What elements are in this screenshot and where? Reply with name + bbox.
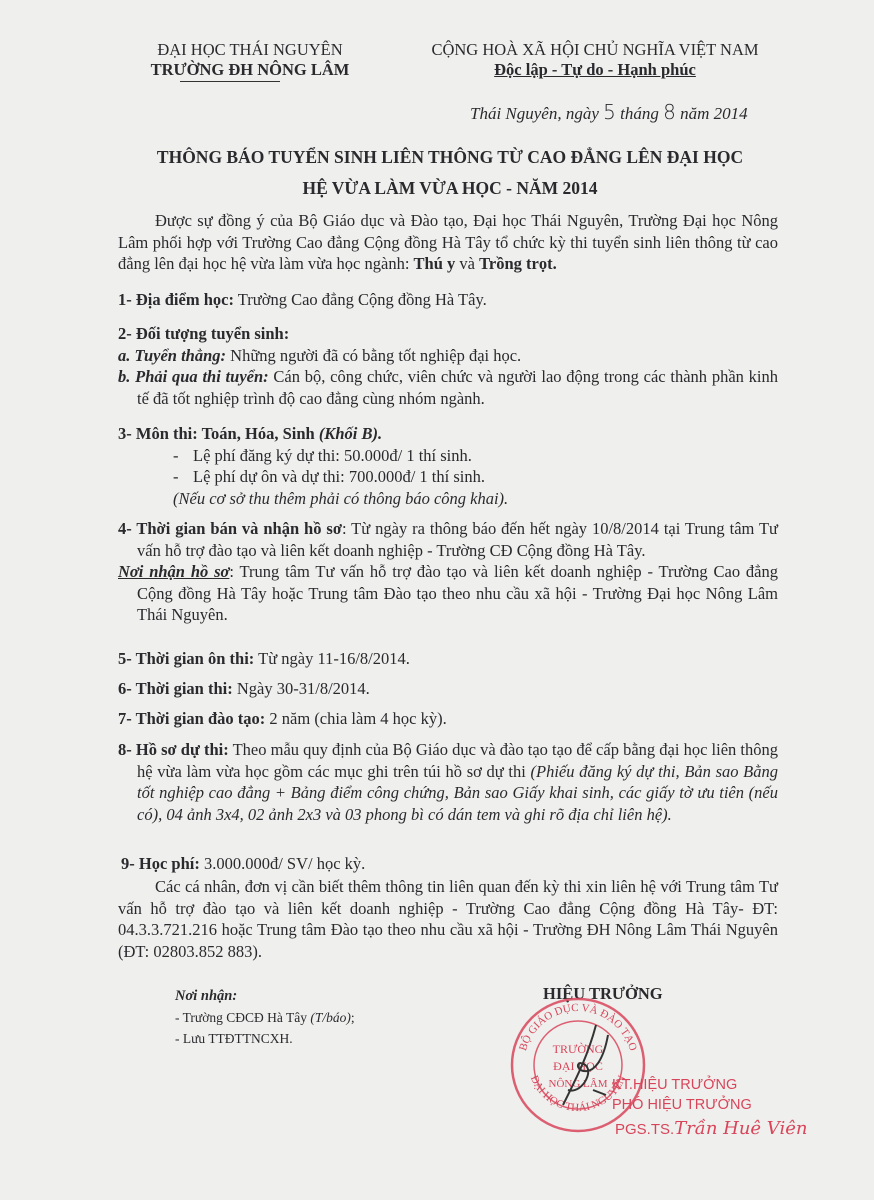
recipients-heading: Nơi nhận: — [175, 986, 355, 1007]
section-review-period: 5- Thời gian ôn thi: Từ ngày 11-16/8/201… — [118, 648, 778, 670]
document-title: THÔNG BÁO TUYỂN SINH LIÊN THÔNG TỪ CAO Đ… — [60, 147, 840, 168]
contact-paragraph: Các cá nhân, đơn vị cần biết thêm thông … — [118, 876, 778, 962]
section-tuition: 9- Học phí: 3.000.000đ/ SV/ học kỳ. — [118, 853, 778, 875]
signatory-name: PGS.TS.Trần Huê Viên — [615, 1118, 808, 1139]
section-dossier: 8- Hồ sơ dự thi: Theo mẫu quy định của B… — [118, 739, 778, 825]
issuer-underline — [180, 81, 280, 82]
section-application-period: 4- Thời gian bán và nhận hồ sơ: Từ ngày … — [118, 518, 778, 626]
section-training-duration: 7- Thời gian đào tạo: 2 năm (chia làm 4 … — [118, 708, 778, 730]
official-stamp-icon: BỘ GIÁO DỤC VÀ ĐÀO TẠO ĐẠI HỌC THÁI NGUY… — [508, 995, 648, 1135]
fee-item: -Lệ phí dự ôn và dự thi: 700.000đ/ 1 thí… — [118, 466, 778, 488]
issuer-parent: ĐẠI HỌC THÁI NGUYÊN — [100, 40, 400, 60]
section-eligibility: 2- Đối tượng tuyển sinh: a. Tuyển thẳng:… — [118, 323, 778, 409]
intro-paragraph: Được sự đồng ý của Bộ Giáo dục và Đào tạ… — [118, 210, 778, 275]
date-year: 2014 — [714, 104, 748, 123]
issuer-block: ĐẠI HỌC THÁI NGUYÊN TRƯỜNG ĐH NÔNG LÂM — [100, 40, 400, 80]
national-motto: Độc lập - Tự do - Hạnh phúc — [400, 60, 790, 80]
document-subtitle: HỆ VỪA LÀM VỪA HỌC - NĂM 2014 — [60, 178, 840, 199]
section-exam-subjects: 3- Môn thi: Toán, Hóa, Sinh (Khối B). -L… — [118, 423, 778, 509]
signatory-position: PHÓ HIỆU TRƯỞNG — [612, 1097, 752, 1113]
date-day: 5 — [603, 100, 616, 124]
fee-item: -Lệ phí đăng ký dự thi: 50.000đ/ 1 thí s… — [118, 445, 778, 467]
date-line: Thái Nguyên, ngày 5 tháng 8 năm 2014 — [470, 100, 748, 124]
recipient-item: - Trường CĐCĐ Hà Tây (T/báo); — [175, 1007, 355, 1028]
country-name: CỘNG HOÀ XÃ HỘI CHỦ NGHĨA VIỆT NAM — [400, 40, 790, 60]
section-exam-date: 6- Thời gian thi: Ngày 30-31/8/2014. — [118, 678, 778, 700]
issuer-school: TRƯỜNG ĐH NÔNG LÂM — [100, 60, 400, 80]
recipients-block: Nơi nhận: - Trường CĐCĐ Hà Tây (T/báo); … — [175, 986, 355, 1049]
signatory-deputy-line: KT.HIỆU TRƯỞNG — [612, 1077, 737, 1093]
date-month: 8 — [663, 100, 676, 124]
national-heading: CỘNG HOÀ XÃ HỘI CHỦ NGHĨA VIỆT NAM Độc l… — [400, 40, 790, 80]
section-location: 1- Địa điểm học: Trường Cao đẳng Cộng đồ… — [118, 289, 778, 311]
svg-text:TRƯỜNG: TRƯỜNG — [553, 1042, 604, 1056]
recipient-item: - Lưu TTĐTTNCXH. — [175, 1028, 355, 1049]
